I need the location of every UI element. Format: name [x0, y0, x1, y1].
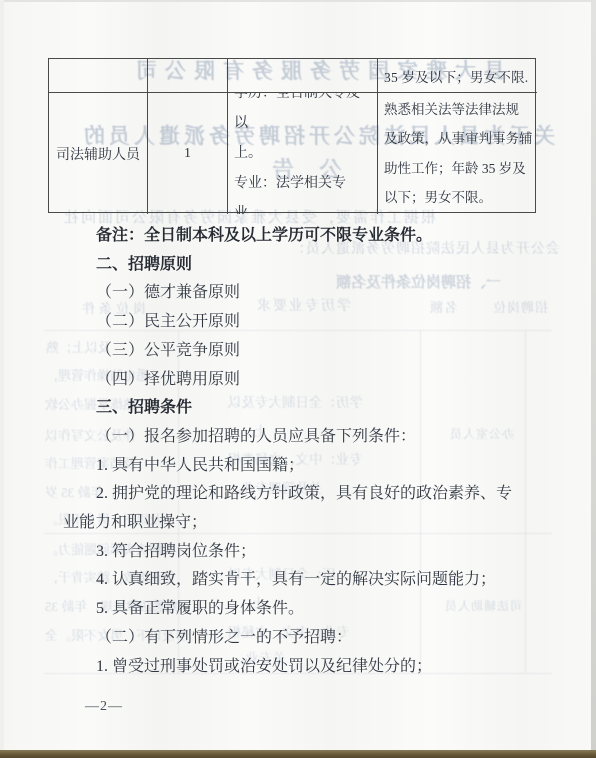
body-line: （一）德才兼备原则 [63, 279, 543, 308]
scan-edge-left [0, 0, 4, 758]
body-line: （一）报名参加招聘的人员应具备下列条件： [63, 423, 543, 452]
position-table: 35 岁及以下；男女不限.司法辅助人员1学历：全日制大专及以 上。 专业：法学相… [48, 58, 536, 213]
table-cell-r1c2 [148, 59, 228, 93]
body-line: 5. 具备正常履职的身体条件。 [63, 595, 543, 624]
table-cell-r2c1: 司法辅助人员 [49, 93, 148, 214]
table-cell-text: 司法辅助人员 [56, 144, 140, 164]
body-line: 二、招聘原则 [63, 251, 543, 280]
scan-edge-top [0, 0, 596, 2]
body-line: 备注：全日制本科及以上学历可不限专业条件。 [63, 222, 543, 251]
table-cell-r2c4: 熟悉相关法等法律法规 及政策，从事审判事务辅 助性工作；年龄 35 岁及 以下；… [378, 93, 537, 214]
scan-edge-right [591, 0, 596, 758]
table-cell-r1c4: 35 岁及以下；男女不限. [378, 59, 537, 93]
page-number: —2— [85, 699, 123, 715]
table-cell-text: 熟悉相关法等法律法规 及政策，从事审判事务辅 助性工作；年龄 35 岁及 以下；… [384, 95, 533, 213]
body-line: 2. 拥护党的理论和路线方针政策，具有良好的政治素养、专 [63, 480, 543, 509]
table-cell-text: 学历：全日制大专及以 上。 专业：法学相关专业。 [234, 93, 373, 214]
body-line: 1. 曾受过刑事处罚或治安处罚以及纪律处分的； [63, 653, 543, 682]
body-line: （四）择优聘用原则 [63, 366, 543, 395]
scan-edge-bottom [0, 750, 596, 758]
body-line: 4. 认真细致，踏实肯干，具有一定的解决实际问题能力； [63, 566, 543, 595]
scanned-document-page: 县大雅家园劳务服务有限公司关于为县人民法院公开招聘劳务派遣人员的公 告根据工作需… [0, 0, 596, 758]
body-line: 3. 符合招聘岗位条件； [63, 538, 543, 567]
table-cell-text: 35 岁及以下；男女不限. [384, 66, 528, 86]
table-cell-text: 1 [184, 146, 191, 162]
table-cell-r1c3 [228, 59, 378, 93]
body-line: 三、招聘条件 [63, 394, 543, 423]
body-line: （二）民主公开原则 [63, 308, 543, 337]
body-line: （二）有下列情形之一的不予招聘： [63, 624, 543, 653]
table-cell-r2c3: 学历：全日制大专及以 上。 专业：法学相关专业。 [228, 93, 378, 214]
body-line: 1. 具有中华人民共和国国籍； [63, 452, 543, 481]
body-line: 业能力和职业操守； [63, 509, 543, 538]
body-line: （三）公平竞争原则 [63, 337, 543, 366]
table-cell-r1c1 [49, 59, 148, 93]
body-text: 备注：全日制本科及以上学历可不限专业条件。二、招聘原则（一）德才兼备原则（二）民… [63, 222, 543, 681]
table-cell-r2c2: 1 [148, 93, 228, 214]
